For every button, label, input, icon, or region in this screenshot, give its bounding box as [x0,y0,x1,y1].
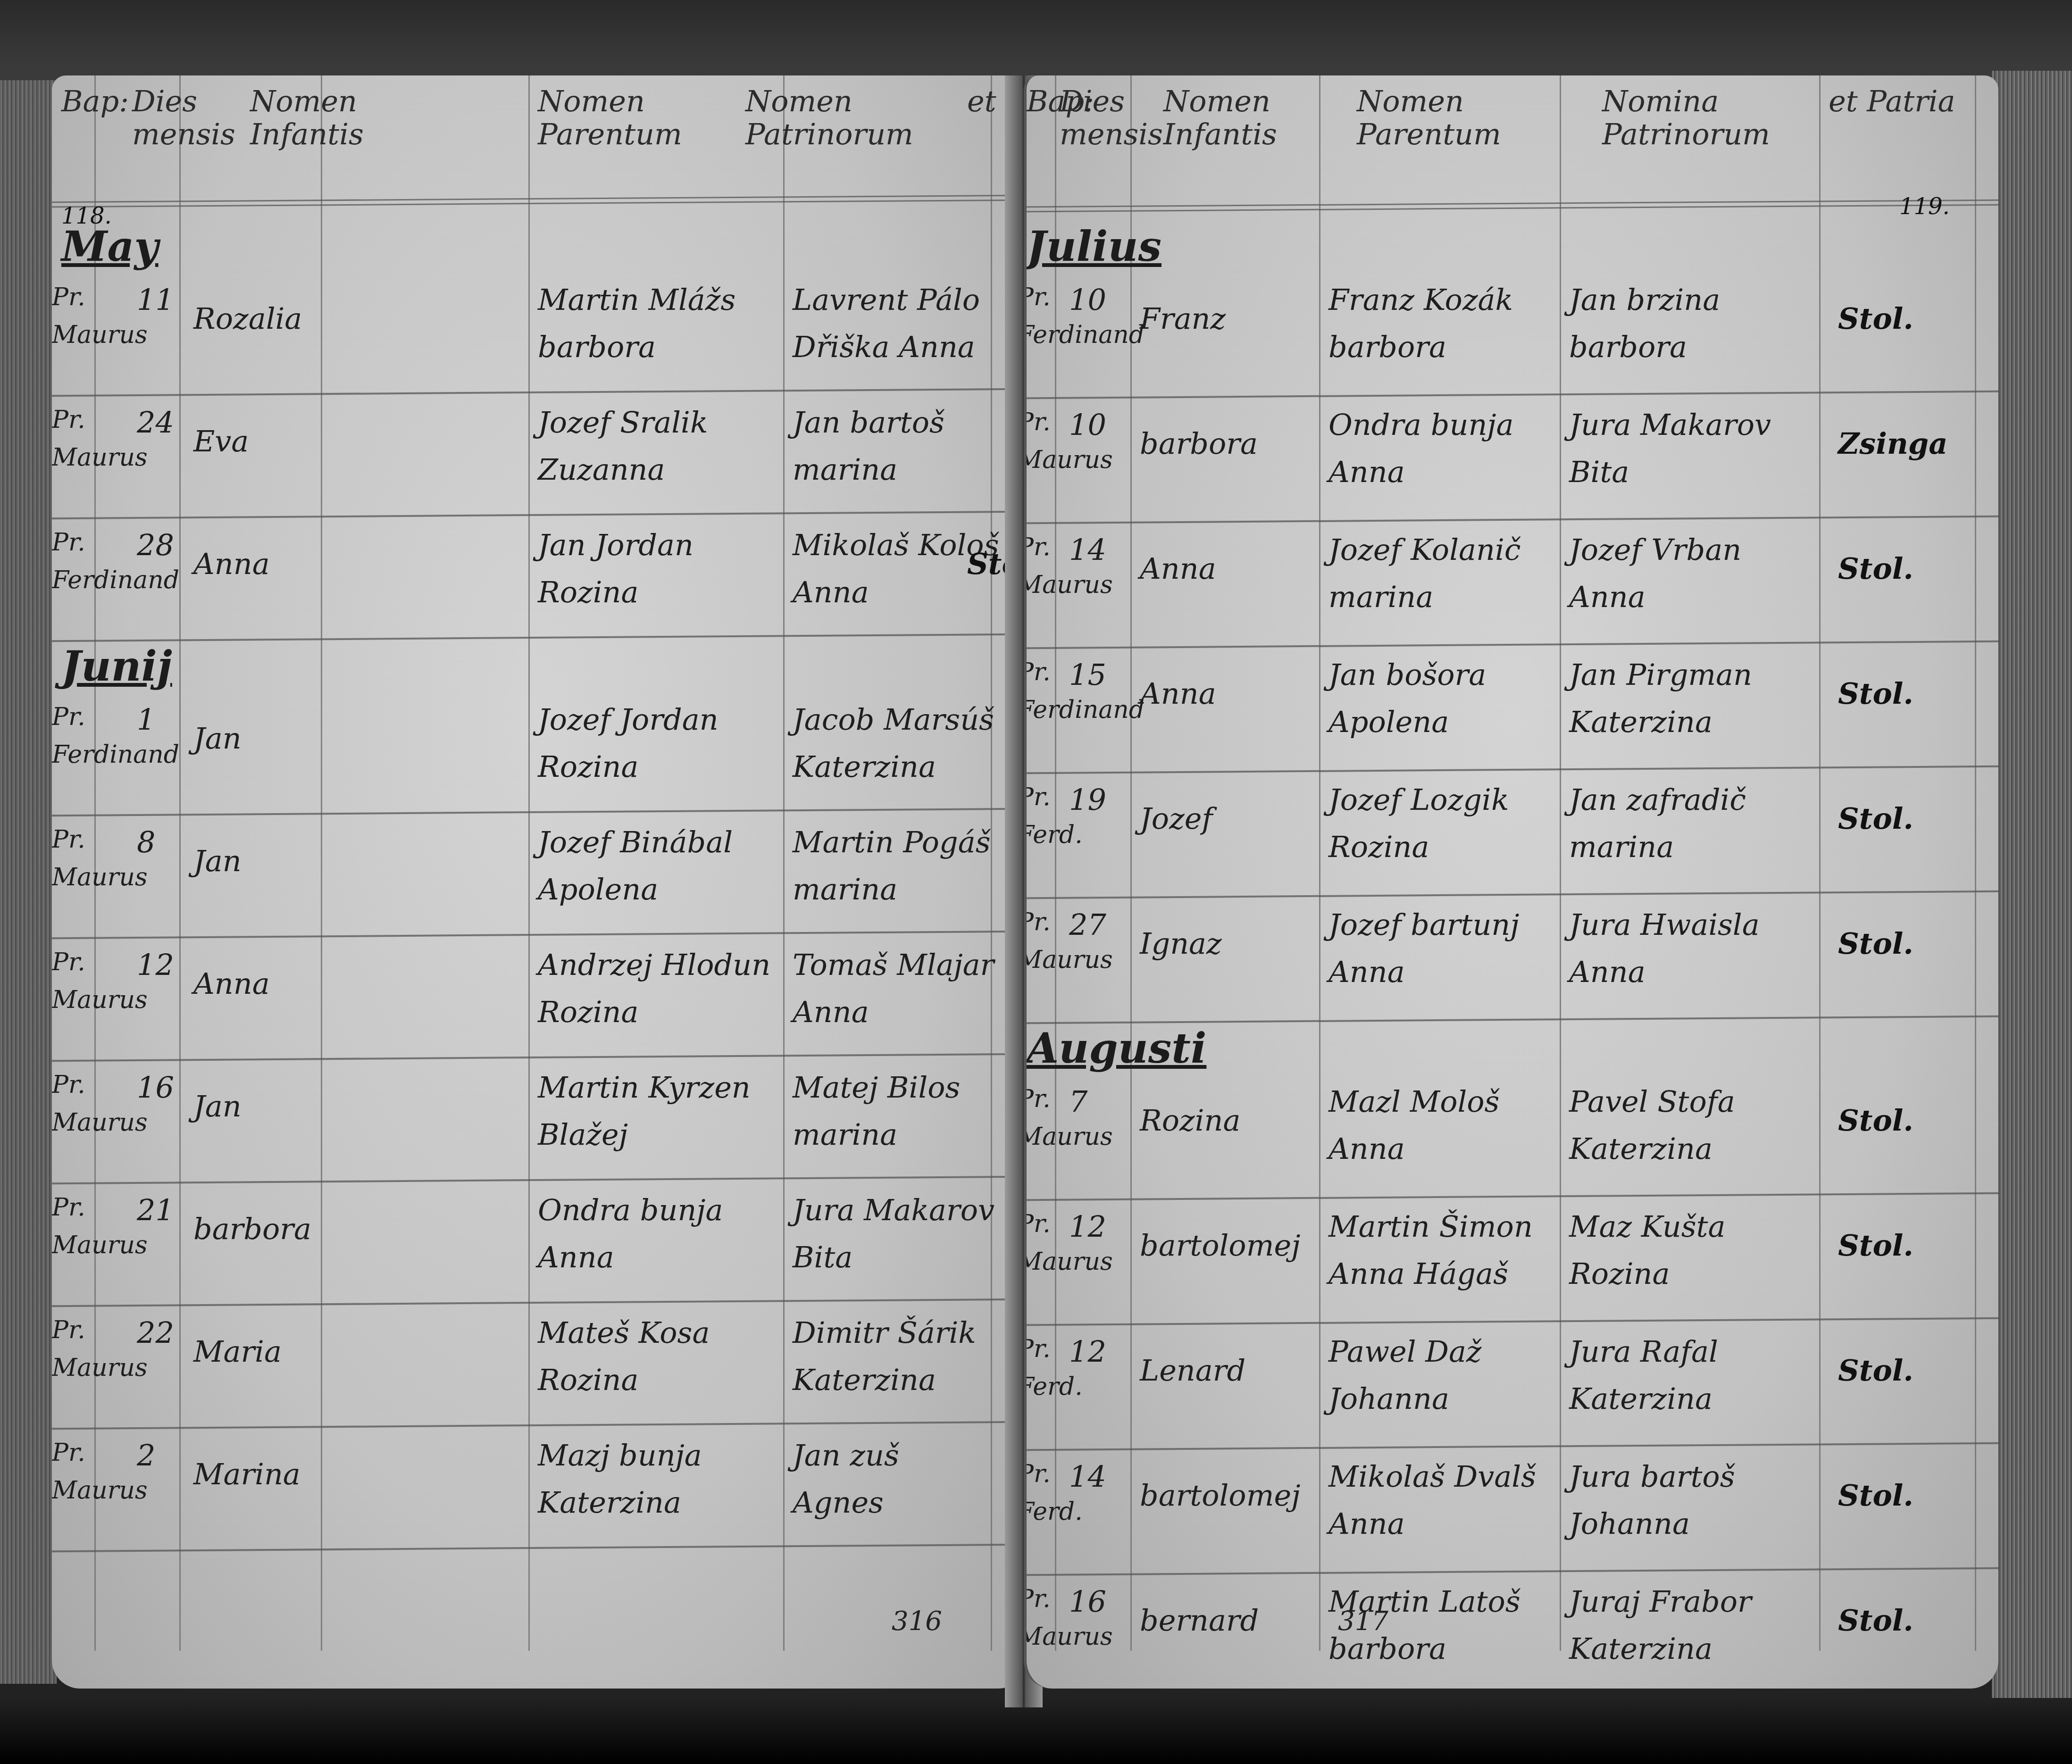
infant-name: Maria [193,1330,282,1373]
entry-rule [1027,766,1998,774]
parent-name-mother: Rozina [538,571,638,614]
infant-name: Ignaz [1140,922,1222,965]
day-of-month: 14 [1069,528,1106,572]
infant-name: bartolomej [1140,1474,1300,1517]
parent-name-mother: Apolena [538,868,658,911]
parent-name-father: Jan bošora [1328,653,1486,697]
parent-name-mother: Anna [1328,1502,1405,1546]
infant-name: bartolomej [1140,1224,1300,1267]
infant-name: barbora [193,1207,311,1251]
parent-name-mother: Anna Hágaš [1328,1252,1508,1296]
day-of-month: 7 [1069,1080,1087,1123]
stola-note: Stol. [1838,922,1913,965]
day-of-month: 12 [1069,1205,1106,1248]
godparent-name: Jan Pirgman [1569,653,1752,697]
entry-rule [1027,641,1998,649]
day-of-month: 11 [137,278,174,322]
header-nomen-parentum: NomenParentum [538,85,682,151]
day-of-month: 24 [137,401,174,444]
month-label: Augusti [1027,1023,1206,1073]
parent-name-father: Mazl Mološ [1328,1080,1499,1123]
godparent-name: barbora [1569,325,1687,369]
day-of-month: 16 [1069,1580,1106,1623]
infant-name: Anna [193,542,270,586]
infant-name: Marina [193,1453,301,1496]
godparent-name: Jozef Vrban [1569,528,1741,572]
infant-name: Anna [1140,547,1216,591]
baptizer-name: Pr. Ferdinand [52,698,175,774]
infant-name: Anna [1140,672,1216,716]
stola-note: Stol. [1838,547,1913,591]
parent-name-mother: Katerzina [538,1481,681,1524]
parent-name-father: Ondra bunja [538,1189,723,1232]
month-label: May [61,222,159,271]
header-nomen-infantis: NomenInfantis [250,85,364,151]
parent-name-mother: barbora [1328,325,1446,369]
infant-name: Jan [193,840,242,883]
entry-rule [1027,1317,1998,1326]
parent-name-mother: Blažej [538,1113,628,1157]
day-of-month: 8 [137,821,155,864]
entry-rule [52,1544,1024,1552]
header-nomen-infantis: NomenInfantis [1163,85,1277,151]
folio-number: 119. [1899,193,1950,220]
stola-note: Stol. [1838,1599,1913,1642]
stola-note: Stol. [1838,797,1913,840]
godparent-name: Agnes [793,1481,884,1524]
entry-rule [52,1053,1024,1062]
stola-note: Stol. [1838,1474,1913,1517]
day-of-month: 19 [1069,778,1106,822]
column-divider [783,75,785,1651]
left-page: Bap: Diesmensis NomenInfantis NomenParen… [52,75,1027,1689]
infant-name: Franz [1140,297,1226,341]
header-et-patria: et Patria [1829,85,1955,118]
godparent-name: Martin Pogáš [793,821,990,864]
entry-rule [1027,516,1998,524]
column-divider [1319,75,1320,1651]
day-of-month: 15 [1069,653,1106,697]
parent-name-mother: Zuzanna [538,448,665,491]
parent-name-mother: Anna [1328,450,1405,494]
parent-name-mother: Rozina [1328,825,1429,869]
godparent-name: Jacob Marsúš [793,698,994,741]
godparent-name: Maz Kušta [1569,1205,1725,1248]
parent-name-mother: Anna [1328,1127,1405,1171]
parent-name-mother: marina [1328,575,1433,619]
infant-name: Rozalia [193,297,302,341]
godparent-name: Katerzina [793,745,936,789]
parent-name-mother: Rozina [538,990,638,1034]
godparent-name: Matej Bilos [793,1066,960,1109]
baptizer-name: Pr. Maurus [52,1434,175,1509]
entry-rule [1027,1015,1998,1024]
godparent-name: Anna [793,571,869,614]
parent-name-father: Martin Latoš [1328,1580,1521,1623]
godparent-name: Katerzina [1569,1377,1713,1421]
page-stack-left-edge [0,80,57,1684]
godparent-name: Katerzina [1569,1627,1713,1671]
parent-name-father: Andrzej Hlodun [538,943,770,987]
parent-name-father: Mateš Kosa [538,1311,710,1355]
parent-name-mother: barbora [538,325,656,369]
parent-name-father: Franz Kozák [1328,278,1513,322]
godparent-name: Anna [1569,950,1646,994]
godparent-name: marina [793,1113,897,1157]
parent-name-father: Mazj bunja [538,1434,702,1477]
entry-rule [1027,890,1998,899]
day-of-month: 2 [137,1434,155,1477]
entry-rule [52,511,1024,519]
parent-name-father: Jozef bartunj [1328,903,1519,947]
column-divider [1560,75,1561,1651]
godparent-name: Rozina [1569,1252,1670,1296]
parent-name-mother: Anna [538,1236,614,1279]
parent-name-mother: Anna [1328,950,1405,994]
infant-name: Eva [193,420,249,463]
godparent-name: marina [793,448,897,491]
godparent-name: Lavrent Pálo [793,278,980,322]
parent-name-father: Pawel Daž [1328,1330,1482,1373]
infant-name: Anna [193,962,270,1006]
parent-name-father: Ondra bunja [1328,403,1514,447]
parent-name-father: Jozef Kolanič [1328,528,1521,572]
parent-name-father: Jozef Lozgik [1328,778,1509,822]
day-of-month: 14 [1069,1455,1106,1498]
godparent-name: Katerzina [1569,700,1713,744]
column-divider [1819,75,1821,1651]
godparent-name: Jura Makarov [1569,403,1771,447]
day-of-month: 22 [137,1311,174,1355]
stola-note: Stol. [1838,672,1913,716]
infant-name: Jozef [1140,797,1213,840]
entry-rule [52,1176,1024,1184]
godparent-name: Anna [1569,575,1646,619]
godparent-name: Johanna [1569,1502,1690,1546]
infant-name: Jan [193,1085,242,1128]
godparent-name: Bita [1569,450,1629,494]
parent-name-father: Martin Kyrzen [538,1066,751,1109]
godparent-name: Jan brzina [1569,278,1720,322]
header-bap: Bap: [61,85,129,118]
godparent-name: Katerzina [1569,1127,1713,1171]
right-page: Bap: Diesmensis NomenInfantis NomenParen… [1024,75,1998,1689]
day-of-month: 21 [137,1189,174,1232]
godparent-name: Jura bartoš [1569,1455,1735,1498]
parent-name-father: Jozef Jordan [538,698,719,741]
day-of-month: 10 [1069,403,1106,447]
godparent-name: Juraj Frabor [1569,1580,1752,1623]
stola-note: Stol. [1838,1349,1913,1392]
godparent-name: Dřiška Anna [793,325,975,369]
column-divider [528,75,530,1651]
godparent-name: Bita [793,1236,852,1279]
day-of-month: 12 [1069,1330,1106,1373]
parent-name-mother: barbora [1328,1627,1446,1671]
column-divider [1130,75,1132,1651]
entry-rule [1027,391,1998,399]
column-divider [179,75,181,1651]
entry-rule [52,1298,1024,1307]
infant-name: Lenard [1140,1349,1245,1392]
godparent-name: Dimitr Šárik [793,1311,976,1355]
stola-note: Stol. [1838,297,1913,341]
parent-name-father: Martin Šimon [1328,1205,1533,1248]
parent-name-mother: Apolena [1328,700,1449,744]
day-of-month: 10 [1069,278,1106,322]
entry-rule [52,931,1024,939]
godparent-name: Jura Rafal [1569,1330,1718,1373]
day-of-month: 27 [1069,903,1106,947]
header-nomen-parentum: NomenParentum [1357,85,1501,151]
parent-name-mother: Rozina [538,1358,638,1402]
column-divider [1975,75,1976,1651]
day-of-month: 16 [137,1066,174,1109]
godparent-name: marina [1569,825,1674,869]
baptizer-name: Pr. Maurus [52,821,175,896]
godparent-name: Jan zafradič [1569,778,1746,822]
column-divider [991,75,992,1651]
month-label: Julius [1027,222,1161,271]
godparent-name: Tomaš Mlajar [793,943,994,987]
parent-name-father: Jozef Sralik [538,401,708,444]
parent-name-mother: Rozina [538,745,638,789]
stola-note: Stol. [1838,1224,1913,1267]
godparent-name: Jura Makarov [793,1189,994,1232]
day-of-month: 1 [137,698,155,741]
parent-name-father: Jan Jordan [538,524,693,567]
stola-note: Zsinga [1838,422,1947,466]
parent-name-father: Jozef Binábal [538,821,733,864]
month-label: Junij [61,641,172,691]
entry-rule [52,388,1024,397]
infant-name: bernard [1140,1599,1259,1642]
entry-rule [52,808,1024,816]
header-rule [52,195,1024,203]
godparent-name: Pavel Stofa [1569,1080,1735,1123]
header-et: et [967,85,996,118]
book-spread: Bap: Diesmensis NomenInfantis NomenParen… [0,0,2072,1764]
infant-name: barbora [1140,422,1258,466]
godparent-name: Jura Hwaisla [1569,903,1760,947]
entry-rule [52,1421,1024,1430]
column-divider [321,75,322,1651]
header-rule [1027,200,1998,208]
godparent-name: Jan zuš [793,1434,899,1477]
header-nomina-patrinorum: NominaPatrinorum [1602,85,1770,151]
page-number: 316 [892,1606,942,1637]
parent-name-father: Mikolaš Dvalš [1328,1455,1536,1498]
entry-rule [1027,1192,1998,1201]
parent-name-mother: Johanna [1328,1377,1449,1421]
page-stack-right-edge [1992,71,2072,1698]
day-of-month: 28 [137,524,174,567]
stola-note: Stol. [1838,1099,1913,1142]
entry-rule [52,633,1024,642]
header-dies-mensis: Diesmensis [132,85,235,151]
godparent-name: marina [793,868,897,911]
godparent-name: Anna [793,990,869,1034]
parent-name-father: Martin Mlážs [538,278,735,322]
godparent-name: Jan bartoš [793,401,944,444]
header-nomen-patrinorum: NomenPatrinorum [745,85,913,151]
header-dies-mensis: Diesmensis [1060,85,1163,151]
infant-name: Rozina [1140,1099,1240,1142]
infant-name: Jan [193,717,242,760]
day-of-month: 12 [137,943,174,987]
godparent-name: Katerzina [793,1358,936,1402]
entry-rule [1027,1442,1998,1451]
entry-rule [1027,1567,1998,1576]
